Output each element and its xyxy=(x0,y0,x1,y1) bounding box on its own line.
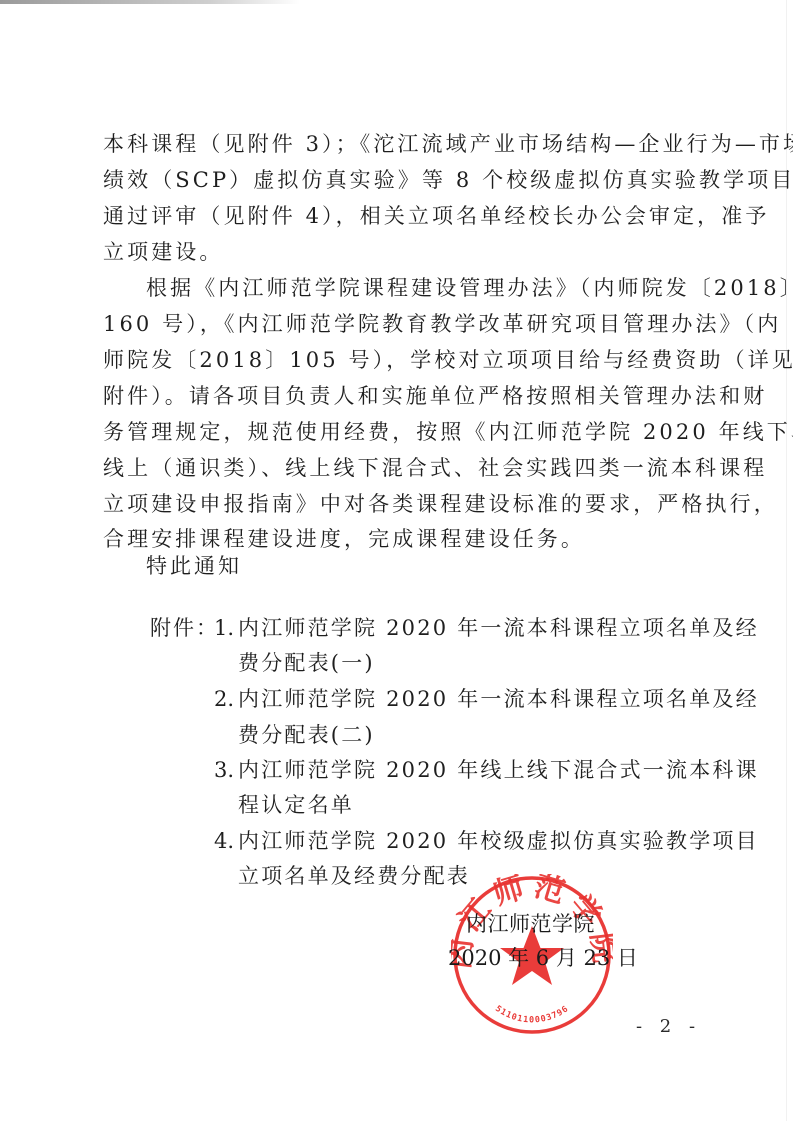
signature-date: 2020 年 6 月 23 日 xyxy=(448,941,638,975)
body-line: 绩效（SCP）虚拟仿真实验》等 8 个校级虚拟仿真实验教学项目 xyxy=(103,162,685,198)
svg-text:5110110003796: 5110110003796 xyxy=(493,1004,571,1026)
body-line: 通过评审（见附件 4），相关立项名单经校长办公会审定，准予 xyxy=(103,198,685,234)
body-line: 160 号），《内江师范学院教育教学改革研究项目管理办法》（内 xyxy=(103,306,685,342)
attachment-number: 3. xyxy=(200,752,234,788)
attachment-number: 1. xyxy=(200,610,234,646)
body-line: 立项建设申报指南》中对各类课程建设标准的要求，严格执行， xyxy=(103,486,685,522)
signature-organization: 内江师范学院 xyxy=(466,907,595,941)
page-number: - 2 - xyxy=(636,1012,701,1042)
body-line: 附件）。请各项目负责人和实施单位严格按照相关管理办法和财 xyxy=(103,378,685,414)
attachment-item-1-line-1: 内江师范学院 2020 年一流本科课程立项名单及经 xyxy=(238,610,759,646)
attachment-number: 4. xyxy=(200,823,234,859)
attachment-number: 2. xyxy=(200,681,234,717)
attachment-item-3-line-2: 程认定名单 xyxy=(238,787,354,823)
scan-edge-artifact xyxy=(0,0,300,4)
body-line: 线上（通识类）、线上线下混合式、社会实践四类一流本科课程 xyxy=(103,450,685,486)
attachment-item-4-line-1: 内江师范学院 2020 年校级虚拟仿真实验教学项目 xyxy=(238,823,759,859)
closing-text: 特此通知 xyxy=(146,548,242,584)
body-line: 立项建设。 xyxy=(103,234,685,270)
attachment-item-1-line-2: 费分配表(一) xyxy=(238,645,375,681)
body-line: 本科课程（见附件 3）；《沱江流域产业市场结构—企业行为—市场 xyxy=(103,126,685,162)
attachment-item-2-line-2: 费分配表(二) xyxy=(238,717,375,753)
attachment-item-4-line-2: 立项名单及经费分配表 xyxy=(238,858,470,894)
body-line: 师院发〔2018〕105 号），学校对立项项目给与经费资助（详见 xyxy=(103,342,685,378)
attachment-item-2-line-1: 内江师范学院 2020 年一流本科课程立项名单及经 xyxy=(238,681,759,717)
attachment-item-3-line-1: 内江师范学院 2020 年线上线下混合式一流本科课 xyxy=(238,752,759,788)
body-line: 务管理规定，规范使用经费，按照《内江师范学院 2020 年线下、 xyxy=(103,414,685,450)
body-line-paragraph-start: 根据《内江师范学院课程建设管理办法》（内师院发〔2018〕 xyxy=(146,270,685,306)
